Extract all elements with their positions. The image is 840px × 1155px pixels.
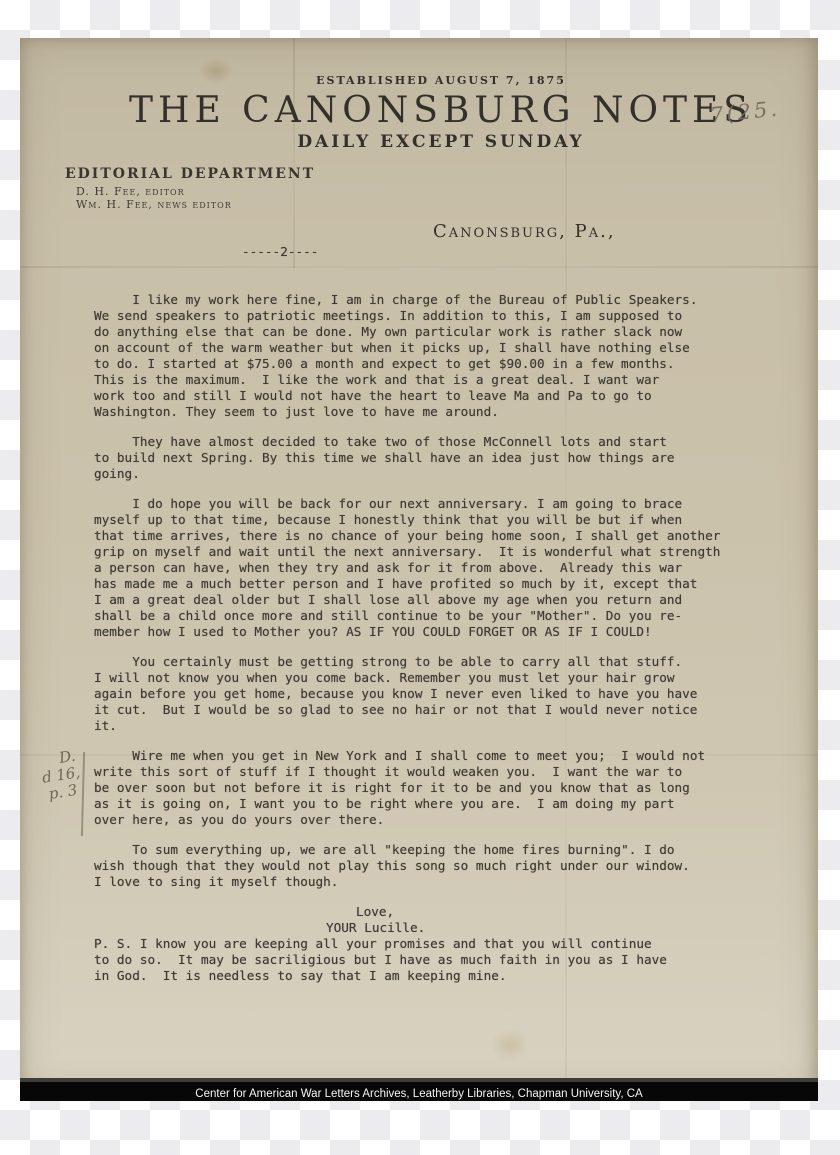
postscript: P. S. I know you are keeping all your pr… bbox=[94, 936, 770, 984]
closing-salutation: Love, bbox=[356, 904, 770, 920]
letter-paragraph: They have almost decided to take two of … bbox=[94, 434, 770, 482]
paper-stain bbox=[490, 1028, 530, 1062]
letterhead-established: ESTABLISHED AUGUST 7, 1875 bbox=[42, 74, 840, 87]
letterhead-subtitle: DAILY EXCEPT SUNDAY bbox=[42, 132, 840, 152]
editorial-department-label: EDITORIAL DEPARTMENT bbox=[65, 166, 315, 182]
letter-paragraph: To sum everything up, we are all "keepin… bbox=[94, 842, 770, 890]
pencil-margin-line bbox=[81, 752, 85, 836]
fold-crease-horizontal bbox=[20, 266, 818, 268]
editor-name: D. H. Fee, editor bbox=[76, 185, 185, 198]
fold-crease-vertical bbox=[293, 38, 295, 268]
letter-paper: ESTABLISHED AUGUST 7, 1875 THE CANONSBUR… bbox=[20, 38, 818, 1101]
letter-body: I like my work here fine, I am in charge… bbox=[94, 292, 770, 998]
archive-credit-text: Center for American War Letters Archives… bbox=[195, 1088, 642, 1100]
letter-paragraph: Wire me when you get in New York and I s… bbox=[94, 748, 770, 828]
archive-credit-bar: Center for American War Letters Archives… bbox=[20, 1078, 818, 1101]
letter-paragraph: You certainly must be getting strong to … bbox=[94, 654, 770, 734]
news-editor-name: Wm. H. Fee, news editor bbox=[76, 198, 232, 211]
page-background: { "letterhead": { "established": "ESTABL… bbox=[0, 0, 840, 1155]
closing-signature: YOUR Lucille. bbox=[326, 920, 770, 936]
page-number-marker: -----2---- bbox=[242, 244, 318, 260]
letter-paragraph: I do hope you will be back for our next … bbox=[94, 496, 770, 640]
dateline: Canonsburg, Pa., bbox=[433, 221, 616, 242]
margin-note-line: p. 3 bbox=[48, 781, 84, 803]
letter-paragraph: I like my work here fine, I am in charge… bbox=[94, 292, 770, 420]
handwritten-margin-note: D. d 16, p. 3 bbox=[38, 747, 84, 803]
